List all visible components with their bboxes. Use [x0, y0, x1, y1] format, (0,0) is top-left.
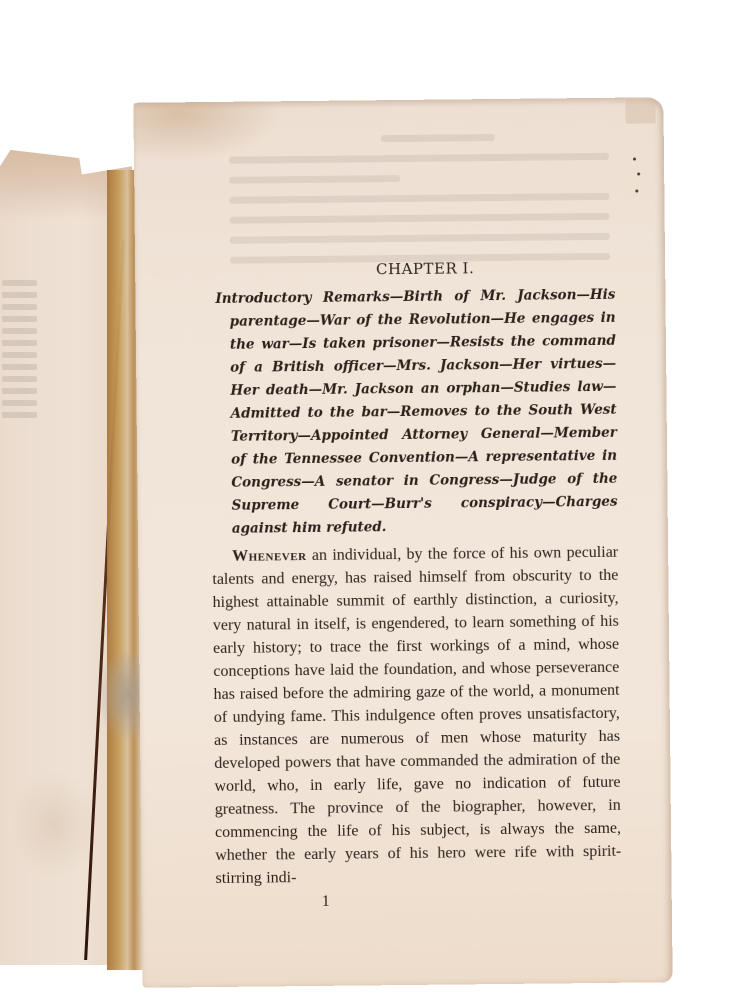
- right-page: CHAPTER I. Introductory Remarks—Birth of…: [133, 97, 672, 988]
- page-number: 1: [222, 890, 622, 912]
- page-content: CHAPTER I. Introductory Remarks—Birth of…: [215, 258, 622, 912]
- chapter-heading: CHAPTER I.: [215, 258, 615, 280]
- lead-word: Whenever: [232, 547, 307, 565]
- chapter-summary: Introductory Remarks—Birth of Mr. Jackso…: [215, 284, 618, 541]
- body-paragraph: Whenever an individual, by the force of …: [212, 541, 622, 890]
- book-photo: CHAPTER I. Introductory Remarks—Birth of…: [0, 0, 750, 1000]
- bleed-through-text: [229, 133, 610, 277]
- foxing-spot: [637, 172, 640, 175]
- foxing-spot: [635, 190, 638, 193]
- foxing-spot: [633, 158, 636, 161]
- water-stain: [10, 770, 100, 880]
- page-corner: [625, 99, 655, 123]
- bleed-through-text: [2, 280, 37, 424]
- body-text: an individual, by the force of his own p…: [212, 544, 621, 887]
